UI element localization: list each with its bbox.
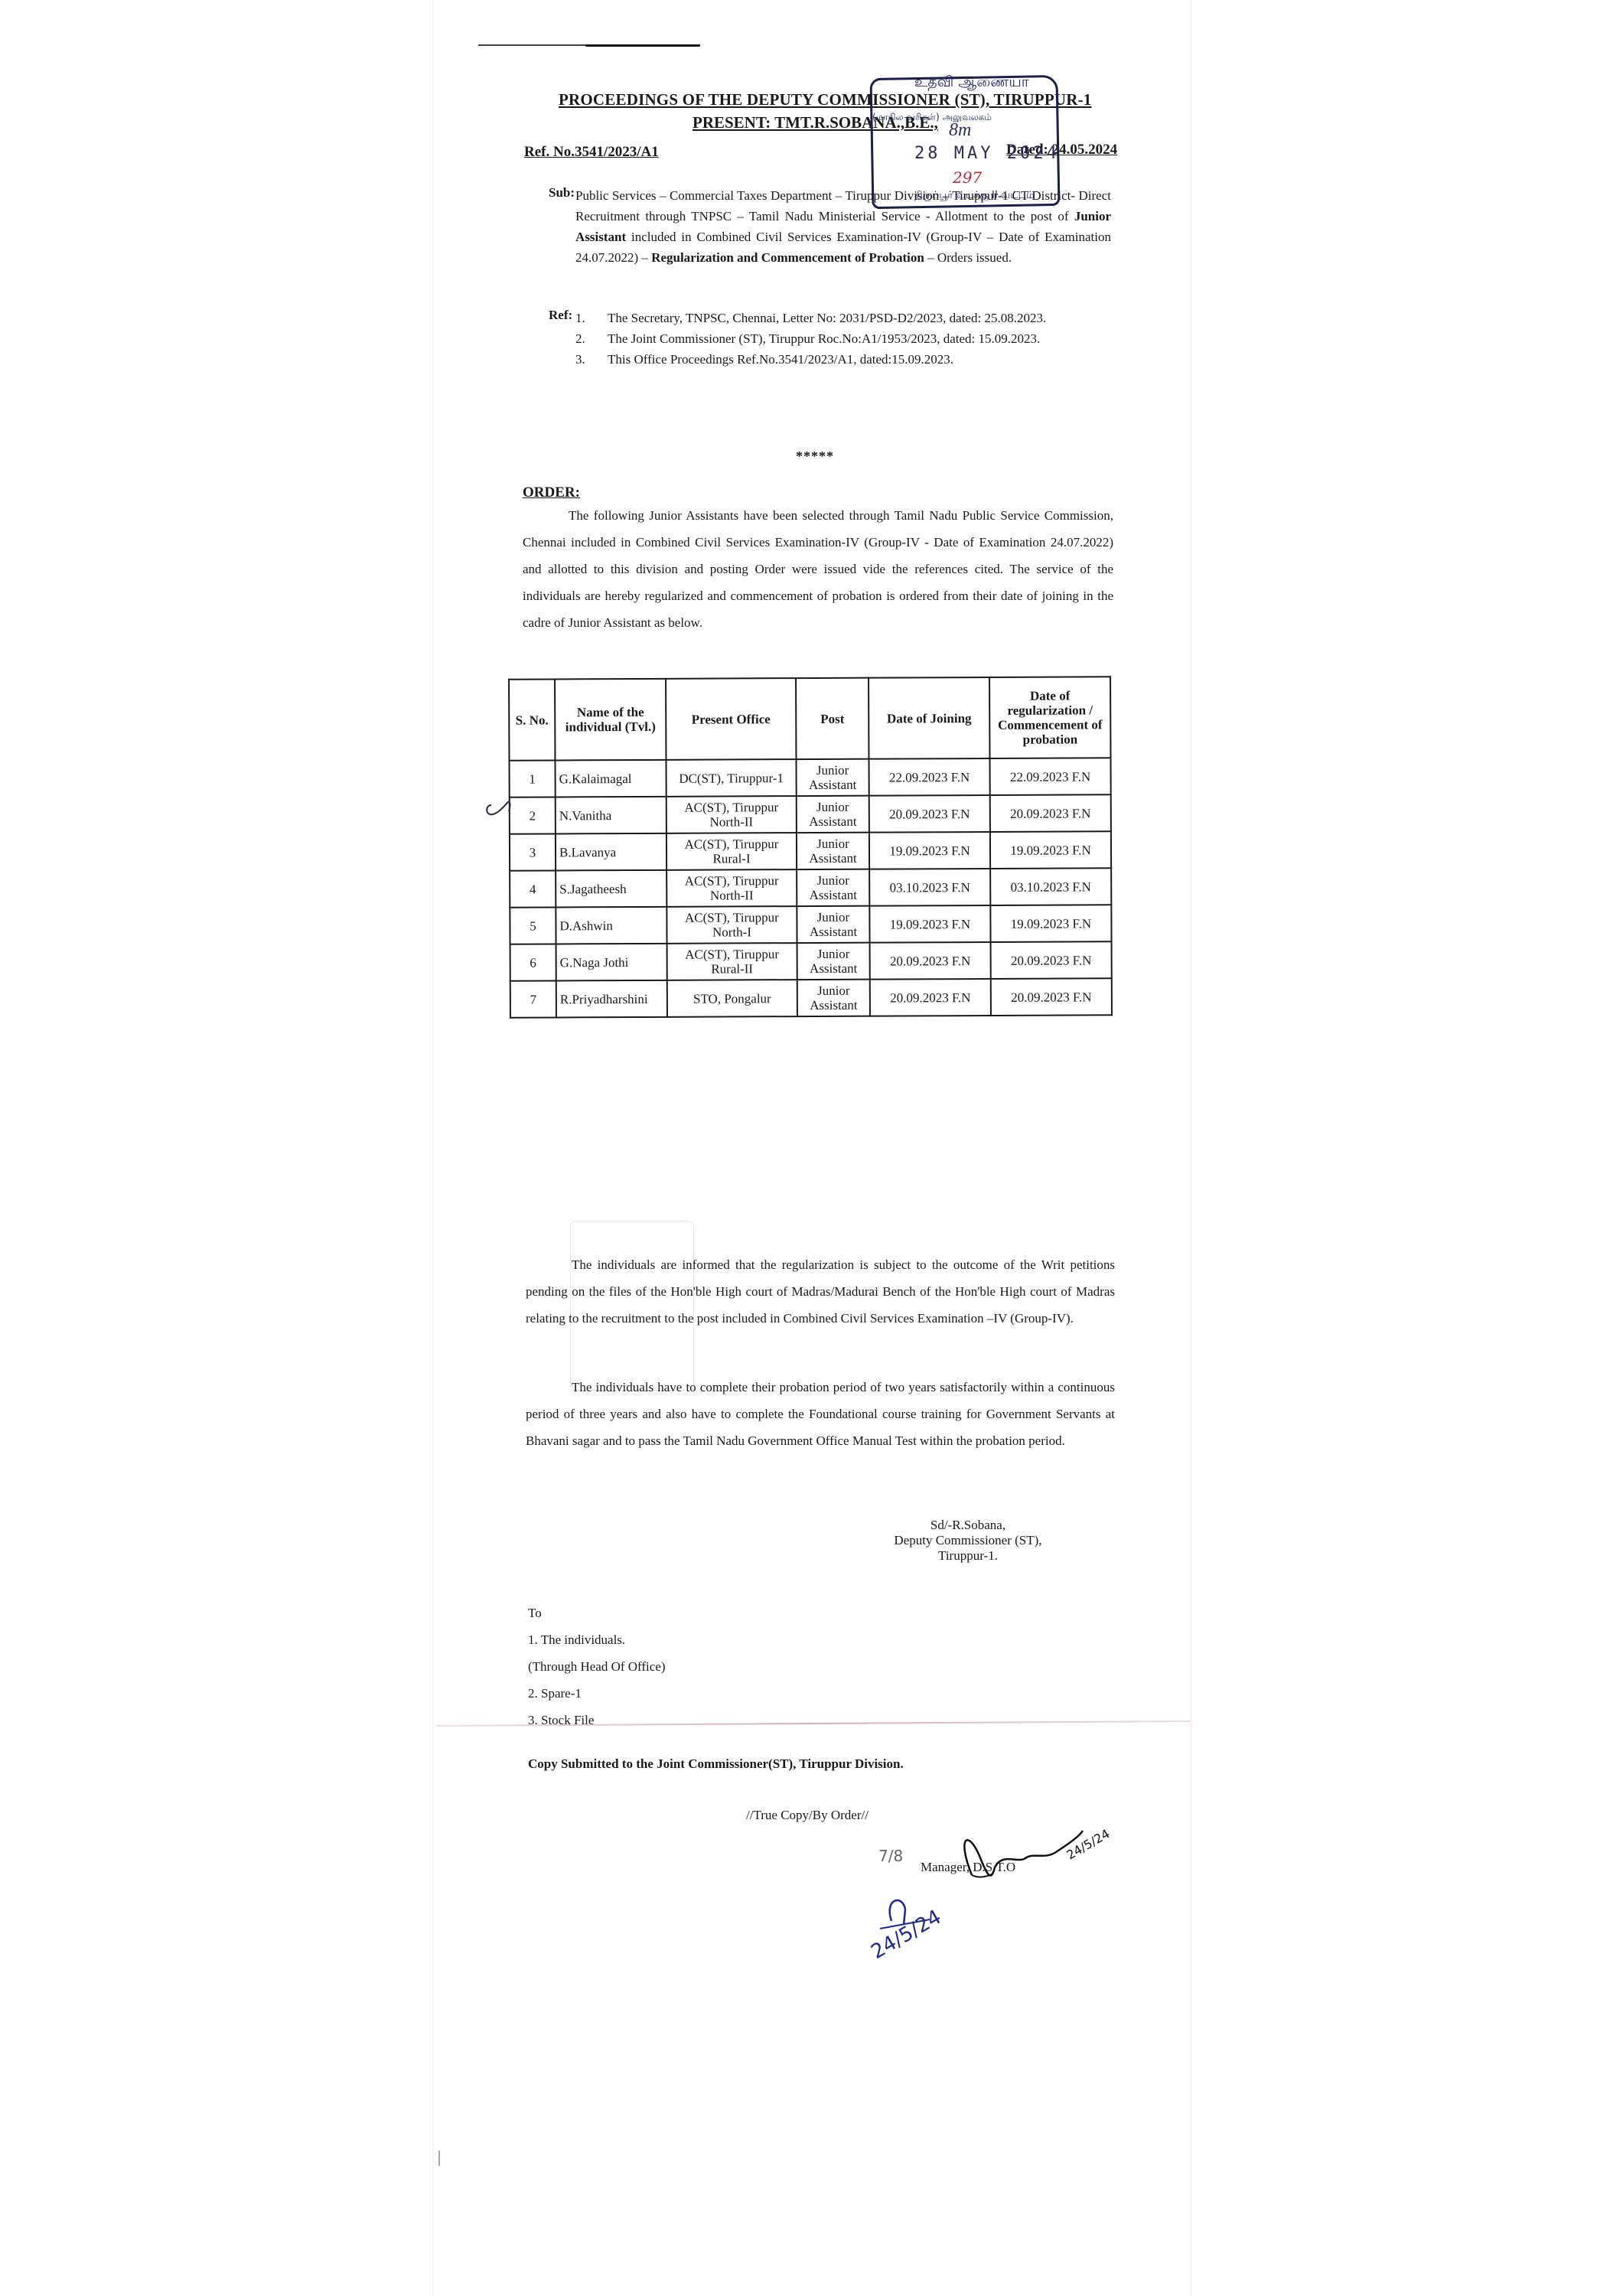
subject-label: Sub:: [549, 185, 575, 201]
cell-post: Junior Assistant: [797, 980, 870, 1016]
col-regularization: Date of regularization / Commencement of…: [989, 677, 1110, 758]
cell-office: AC(ST), Tiruppur North-II: [666, 796, 797, 833]
order-paragraph: The following Junior Assistants have bee…: [523, 502, 1113, 636]
cell-post: Junior Assistant: [797, 833, 869, 869]
cell-name: G.Naga Jothi: [556, 944, 667, 981]
cell-post: Junior Assistant: [796, 759, 869, 796]
cell-office: AC(ST), Tiruppur North-I: [666, 906, 797, 944]
true-copy-label: //True Copy/By Order//: [746, 1808, 869, 1823]
table-header-row: S. No. Name of the individual (Tvl.) Pre…: [509, 677, 1110, 760]
initial-date-icon: 24/5/24: [869, 1890, 960, 1975]
scan-edge-left: [432, 0, 434, 2296]
cell-joining: 22.09.2023 F.N: [869, 758, 989, 796]
section-separator: *****: [796, 448, 834, 465]
copy-submitted: Copy Submitted to the Joint Commissioner…: [528, 1756, 904, 1772]
allotment-table: S. No. Name of the individual (Tvl.) Pre…: [508, 676, 1113, 1018]
col-joining: Date of Joining: [869, 677, 989, 759]
stamp-initials: 8m: [949, 120, 971, 141]
cell-joining: 03.10.2023 F.N: [869, 869, 990, 906]
cell-sno: 6: [510, 944, 556, 980]
cell-post: Junior Assistant: [797, 869, 869, 906]
distribution-list: To 1. The individuals. (Through Head Of …: [528, 1600, 666, 1733]
cell-joining: 20.09.2023 F.N: [870, 979, 991, 1016]
col-sno: S. No.: [509, 679, 555, 760]
cell-post: Junior Assistant: [797, 943, 870, 980]
cell-joining: 19.09.2023 F.N: [869, 905, 990, 943]
signatory-location: Tiruppur-1.: [880, 1548, 1056, 1564]
cell-name: R.Priyadharshini: [556, 980, 667, 1018]
cell-office: DC(ST), Tiruppur-1: [666, 759, 797, 797]
distribution-item: (Through Head Of Office): [528, 1653, 666, 1680]
cell-post: Junior Assistant: [797, 796, 869, 833]
references-label: Ref:: [549, 308, 572, 323]
table-row: 5D.AshwinAC(ST), Tiruppur North-IJunior …: [510, 905, 1111, 944]
cell-sno: 4: [510, 870, 556, 907]
cell-name: D.Ashwin: [556, 907, 666, 944]
cell-name: G.Kalaimagal: [556, 760, 666, 797]
stamp-line-1: உதவி ஆணையர்: [914, 73, 1029, 93]
reference-number: Ref. No.3541/2023/A1: [524, 144, 659, 161]
signatory-block: Sd/-R.Sobana, Deputy Commissioner (ST), …: [880, 1518, 1056, 1564]
references-list: 1.The Secretary, TNPSC, Chennai, Letter …: [575, 308, 1111, 370]
cell-name: S.Jagatheesh: [556, 870, 666, 908]
svg-text:7/8: 7/8: [878, 1847, 903, 1865]
order-heading: ORDER:: [523, 484, 580, 501]
distribution-item: 3. Stock File: [528, 1707, 666, 1733]
reference-item: 3.This Office Proceedings Ref.No.3541/20…: [575, 349, 1111, 370]
cell-sno: 1: [510, 760, 556, 797]
distribution-item: 1. The individuals.: [528, 1626, 666, 1653]
top-rule-thick: [585, 44, 700, 47]
subject-text: Public Services – Commercial Taxes Depar…: [575, 185, 1111, 268]
scan-edge-right: [1190, 0, 1192, 2296]
signatory-designation: Deputy Commissioner (ST),: [880, 1533, 1056, 1548]
tick-mark-icon: [484, 796, 514, 819]
stamp-inward-number: 297: [953, 168, 982, 187]
signatory-name: Sd/-R.Sobana,: [880, 1518, 1056, 1533]
cell-name: N.Vanitha: [556, 797, 666, 834]
to-label: To: [528, 1600, 666, 1626]
cell-regularization: 19.09.2023 F.N: [990, 831, 1111, 869]
table-row: 7R.PriyadharshiniSTO, PongalurJunior Ass…: [510, 978, 1112, 1017]
table-row: 2N.VanithaAC(ST), Tiruppur North-IIJunio…: [510, 794, 1111, 833]
scan-mark: [438, 2151, 440, 2166]
cell-regularization: 19.09.2023 F.N: [990, 905, 1111, 942]
cell-sno: 2: [510, 797, 556, 833]
table-row: 3B.LavanyaAC(ST), Tiruppur Rural-IJunior…: [510, 831, 1111, 870]
cell-regularization: 03.10.2023 F.N: [990, 868, 1111, 905]
cell-sno: 3: [510, 833, 556, 870]
svg-text:24/5/24: 24/5/24: [1064, 1826, 1113, 1862]
svg-text:24/5/24: 24/5/24: [869, 1906, 945, 1964]
probation-paragraph: The individuals have to complete their p…: [526, 1374, 1115, 1454]
cell-office: AC(ST), Tiruppur Rural-II: [667, 943, 797, 980]
cell-regularization: 20.09.2023 F.N: [991, 941, 1112, 979]
reference-item: 1.The Secretary, TNPSC, Chennai, Letter …: [575, 308, 1111, 328]
col-post: Post: [796, 678, 869, 759]
reference-item: 2.The Joint Commissioner (ST), Tiruppur …: [575, 328, 1111, 349]
cell-office: AC(ST), Tiruppur North-II: [666, 869, 797, 907]
cell-joining: 20.09.2023 F.N: [870, 942, 991, 980]
cell-office: AC(ST), Tiruppur Rural-I: [666, 833, 797, 870]
cell-office: STO, Pongalur: [667, 980, 797, 1017]
writ-petition-paragraph: The individuals are informed that the re…: [526, 1251, 1115, 1332]
cell-joining: 19.09.2023 F.N: [869, 832, 990, 869]
cell-regularization: 20.09.2023 F.N: [990, 794, 1111, 832]
table-row: 1G.KalaimagalDC(ST), Tiruppur-1Junior As…: [510, 758, 1111, 797]
cell-sno: 5: [510, 907, 556, 944]
cell-post: Junior Assistant: [797, 906, 869, 943]
cell-regularization: 22.09.2023 F.N: [989, 758, 1110, 795]
stamp-received-date: 28 MAY 2024: [914, 144, 1060, 163]
col-office: Present Office: [666, 678, 796, 760]
stamp-line-2: (மாநில வரிகள்) அலுவலகம்: [872, 112, 992, 124]
table-row: 6G.Naga JothiAC(ST), Tiruppur Rural-IIJu…: [510, 941, 1112, 980]
cell-name: B.Lavanya: [556, 833, 666, 871]
table-row: 4S.JagatheeshAC(ST), Tiruppur North-IIJu…: [510, 868, 1111, 907]
cell-regularization: 20.09.2023 F.N: [991, 978, 1112, 1016]
cell-joining: 20.09.2023 F.N: [869, 795, 990, 833]
col-name: Name of the individual (Tvl.): [555, 679, 666, 761]
cell-sno: 7: [510, 980, 556, 1017]
distribution-item: 2. Spare-1: [528, 1680, 666, 1707]
